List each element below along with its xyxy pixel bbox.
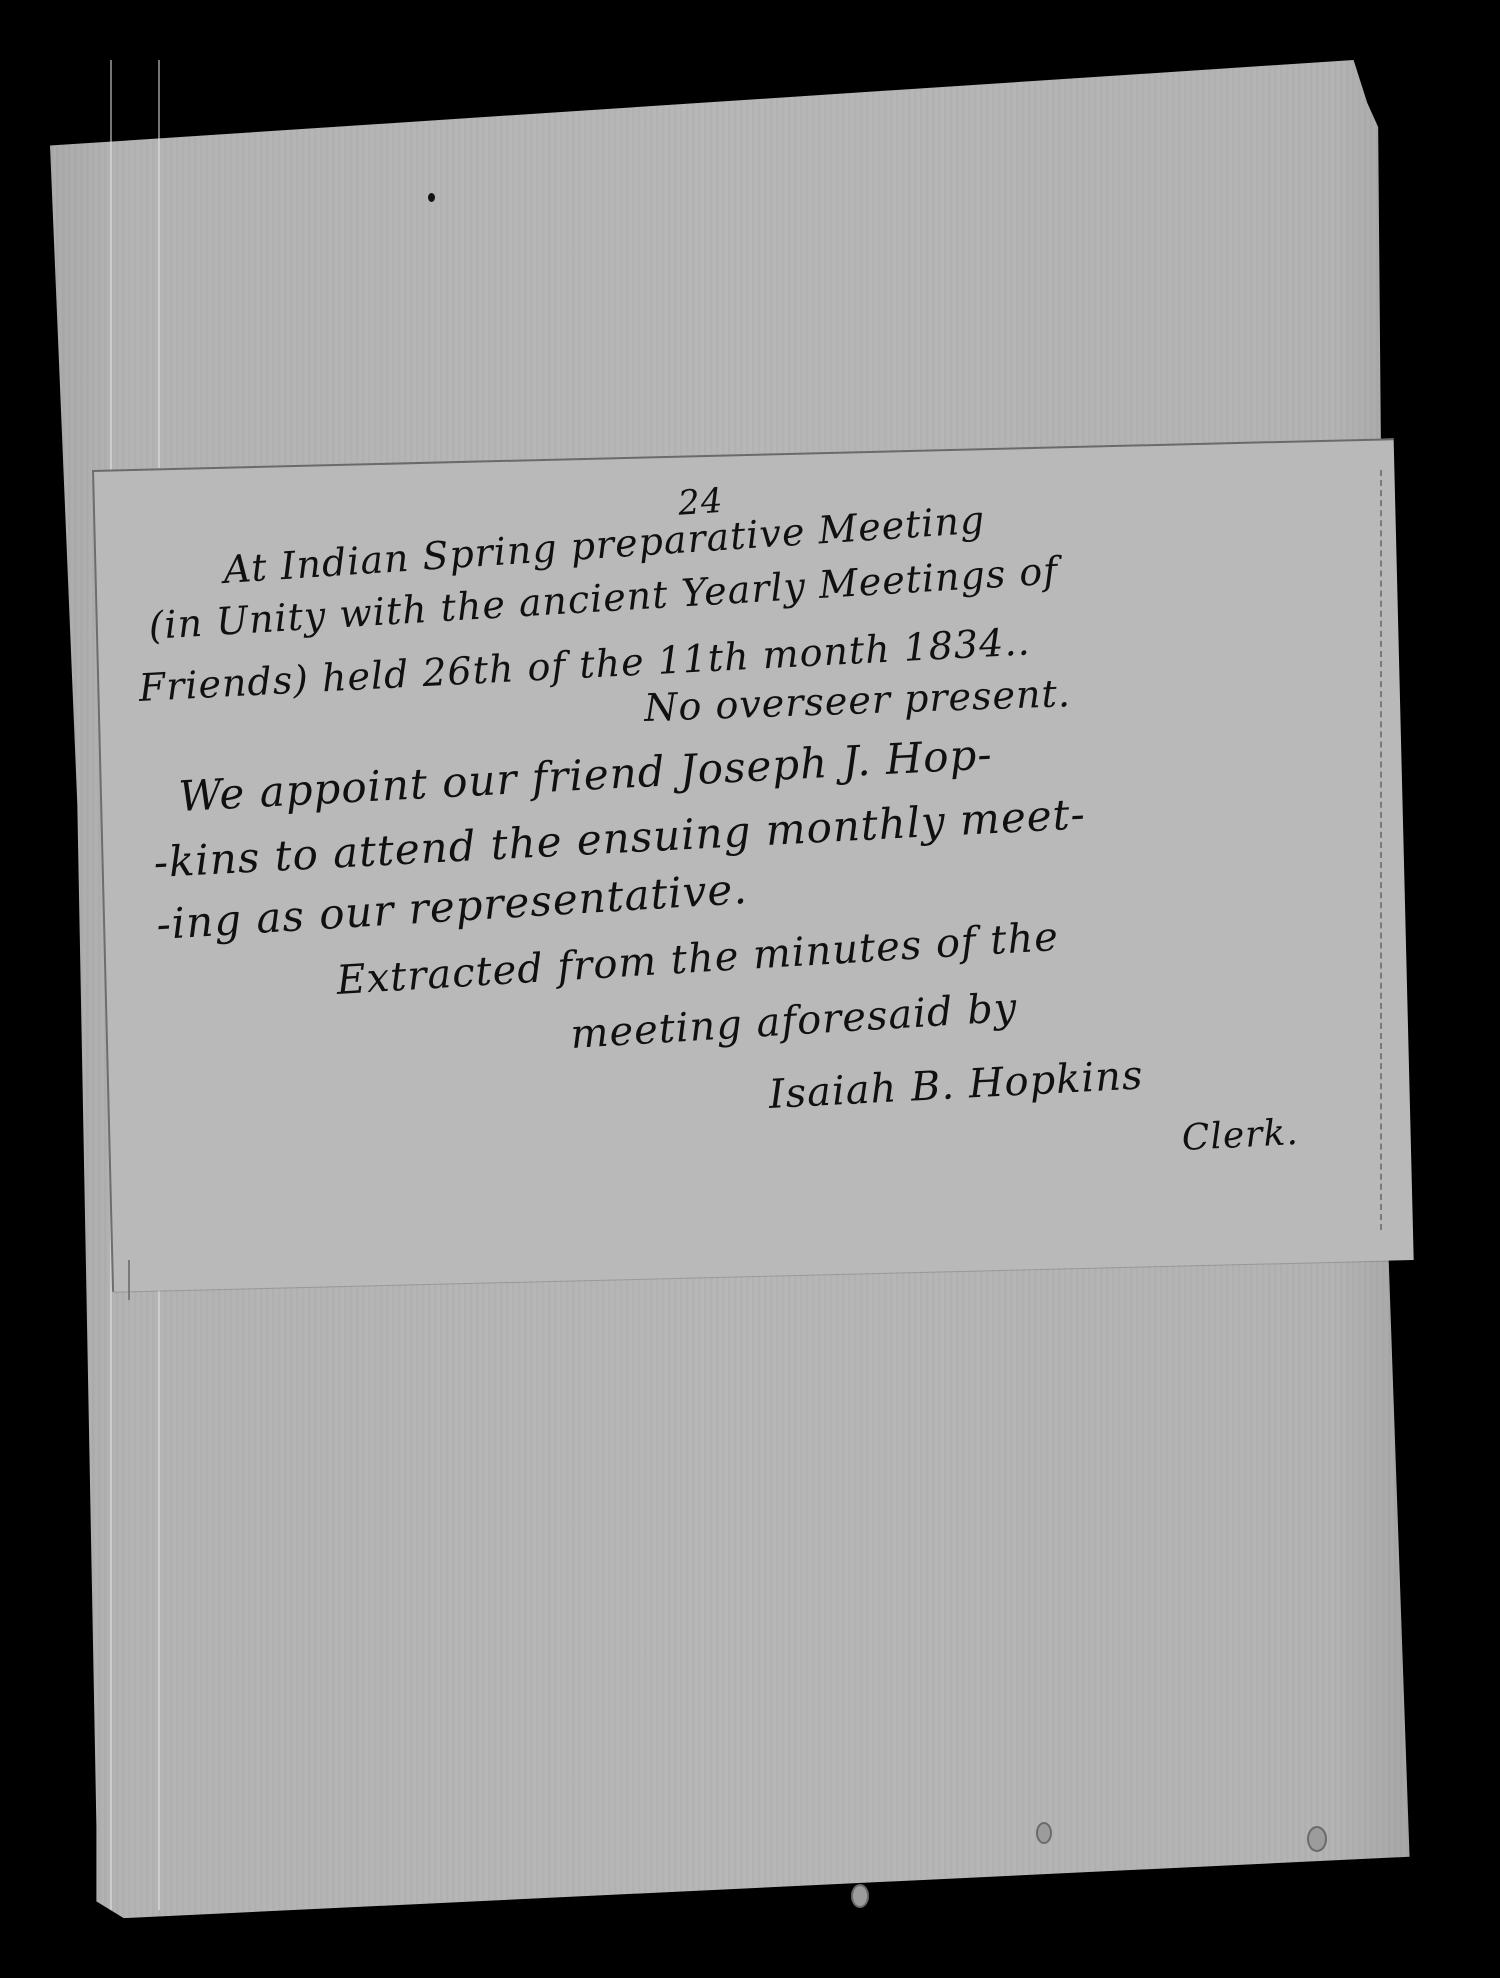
ring-mark: [851, 1884, 869, 1908]
signature-title: Clerk.: [1181, 1112, 1300, 1159]
ring-mark: [1036, 1822, 1052, 1844]
ring-mark: [1307, 1826, 1327, 1852]
inserted-day-number: 24: [677, 481, 725, 524]
slip-lower-edge: [128, 1260, 1390, 1300]
ink-spot: [428, 193, 435, 202]
slip-torn-right-edge: [1370, 470, 1382, 1230]
